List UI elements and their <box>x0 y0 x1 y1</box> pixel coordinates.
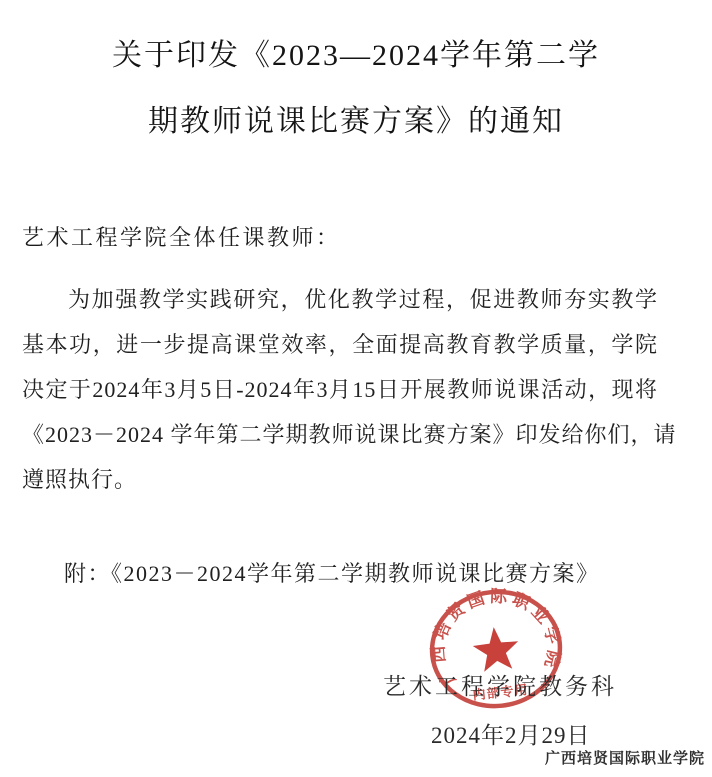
notice-document-page: 关于印发《2023—2024学年第二学 期教师说课比赛方案》的通知 艺术工程学院… <box>0 0 712 777</box>
body-paragraph-line: 决定于2024年3月5日-2024年3月15日开展教师说课活动，现将 <box>22 373 658 404</box>
document-title-line-2: 期教师说课比赛方案》的通知 <box>0 96 712 140</box>
body-paragraph-line: 基本功，进一步提高课堂效率，全面提高教育教学质量，学院 <box>22 328 658 359</box>
signature-date: 2024年2月29日 <box>431 717 591 750</box>
body-paragraph-line: 《2023－2024 学年第二学期教师说课比赛方案》印发给你们，请 <box>22 418 658 449</box>
document-title-line-1: 关于印发《2023—2024学年第二学 <box>0 30 712 74</box>
attachment-reference-line: 附：《2023－2024学年第二学期教师说课比赛方案》 <box>64 557 600 588</box>
signature-department: 艺术工程学院教务科 <box>383 668 617 701</box>
star-icon <box>471 625 521 673</box>
footer-institution-name: 广西培贤国际职业学院 <box>545 747 705 768</box>
body-paragraph-line: 遵照执行。 <box>22 463 658 494</box>
salutation-line: 艺术工程学院全体任课教师： <box>22 221 341 252</box>
body-paragraph-line: 为加强教学实践研究，优化教学过程，促进教师夯实教学 <box>22 283 658 314</box>
